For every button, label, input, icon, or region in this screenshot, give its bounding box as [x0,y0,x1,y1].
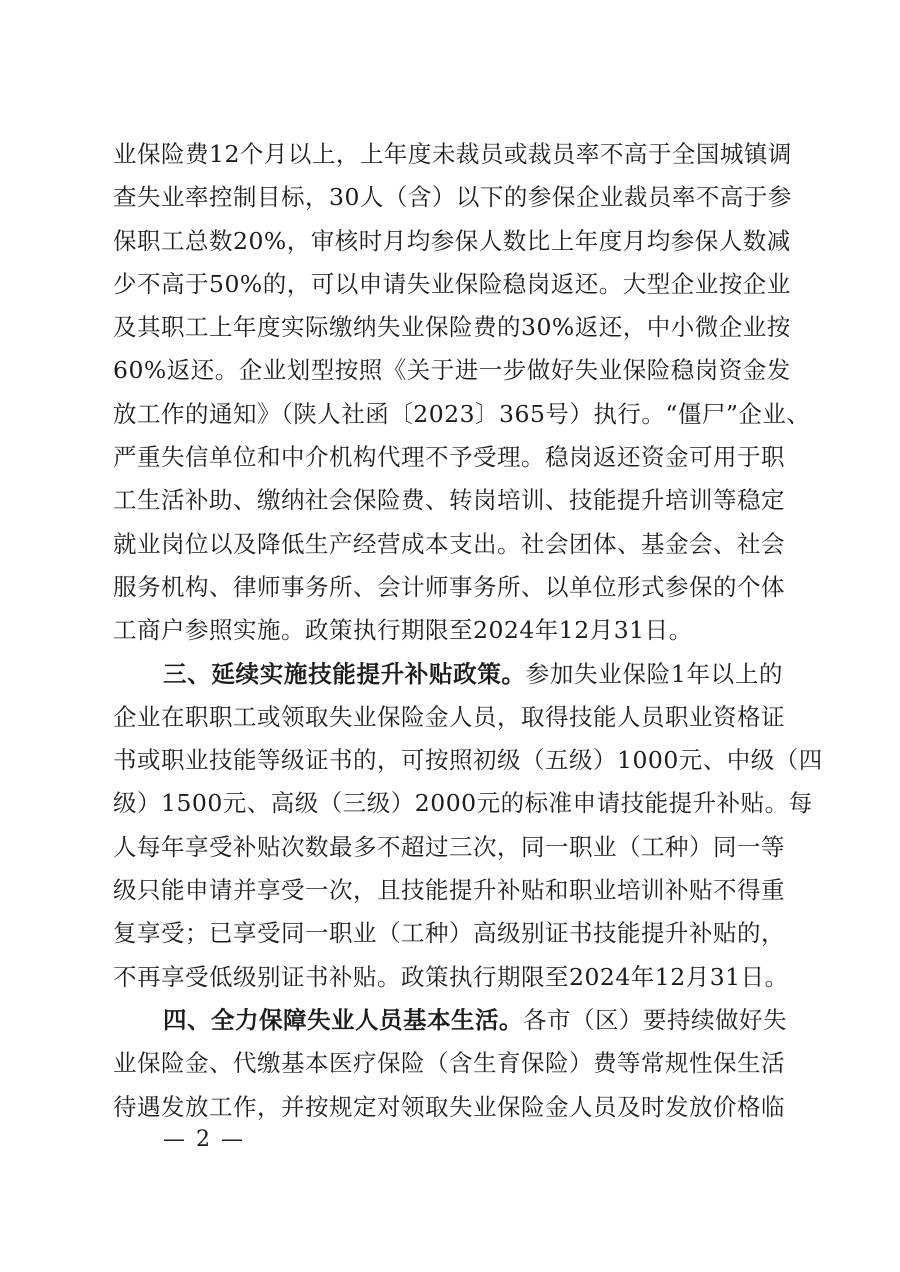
text-line: 级）1500元、高级（三级）2000元的标准申请技能提升补贴。每 [113,782,783,825]
section-3-first-line: 三、延续实施技能提升补贴政策。参加失业保险1年以上的 [113,653,783,696]
section-4-heading: 四、全力保障失业人员基本生活。 [163,1006,523,1034]
document-body: 业保险费12个月以上，上年度未裁员或裁员率不高于全国城镇调 查失业率控制目标，3… [113,133,783,1129]
text-line: 级只能申请并享受一次，且技能提升补贴和职业培训补贴不得重 [113,869,783,912]
section-3-heading: 三、延续实施技能提升补贴政策。 [163,660,526,688]
document-page: 业保险费12个月以上，上年度未裁员或裁员率不高于全国城镇调 查失业率控制目标，3… [0,0,900,1272]
text-line: 查失业率控制目标，30人（含）以下的参保企业裁员率不高于参 [113,176,783,219]
text-line: 企业在职职工或领取失业保险金人员，取得技能人员职业资格证 [113,696,783,739]
section-4-lead-text: 各市（区）要持续做好失 [523,1006,787,1034]
text-line: 就业岗位以及降低生产经营成本支出。社会团体、基金会、社会 [113,523,783,566]
section-3-lead-text: 参加失业保险1年以上的 [526,660,783,688]
text-line: 保职工总数20%，审核时月均参保人数比上年度月均参保人数减 [113,220,783,263]
text-line: 工生活补助、缴纳社会保险费、转岗培训、技能提升培训等稳定 [113,479,783,522]
text-line: 服务机构、律师事务所、会计师事务所、以单位形式参保的个体 [113,566,783,609]
text-line: 严重失信单位和中介机构代理不予受理。稳岗返还资金可用于职 [113,436,783,479]
text-line: 业保险费12个月以上，上年度未裁员或裁员率不高于全国城镇调 [113,133,783,176]
section-4-first-line: 四、全力保障失业人员基本生活。各市（区）要持续做好失 [113,999,783,1042]
text-line: 不再享受低级别证书补贴。政策执行期限至2024年12月31日。 [113,956,783,999]
text-line: 工商户参照实施。政策执行期限至2024年12月31日。 [113,609,783,652]
text-line: 人每年享受补贴次数最多不超过三次，同一职业（工种）同一等 [113,826,783,869]
page-number: — 2 — [163,1125,245,1155]
text-line: 60%返还。企业划型按照《关于进一步做好失业保险稳岗资金发 [113,349,783,392]
text-line: 复享受；已享受同一职业（工种）高级别证书技能提升补贴的， [113,912,783,955]
text-line: 业保险金、代缴基本医疗保险（含生育保险）费等常规性保生活 [113,1042,783,1085]
text-line: 待遇发放工作，并按规定对领取失业保险金人员及时发放价格临 [113,1086,783,1129]
text-line: 少不高于50%的，可以申请失业保险稳岗返还。大型企业按企业 [113,263,783,306]
text-line: 及其职工上年度实际缴纳失业保险费的30%返还，中小微企业按 [113,306,783,349]
text-line: 书或职业技能等级证书的，可按照初级（五级）1000元、中级（四 [113,739,783,782]
text-line: 放工作的通知》（陕人社函〔2023〕365号）执行。“僵尸”企业、 [113,393,783,436]
